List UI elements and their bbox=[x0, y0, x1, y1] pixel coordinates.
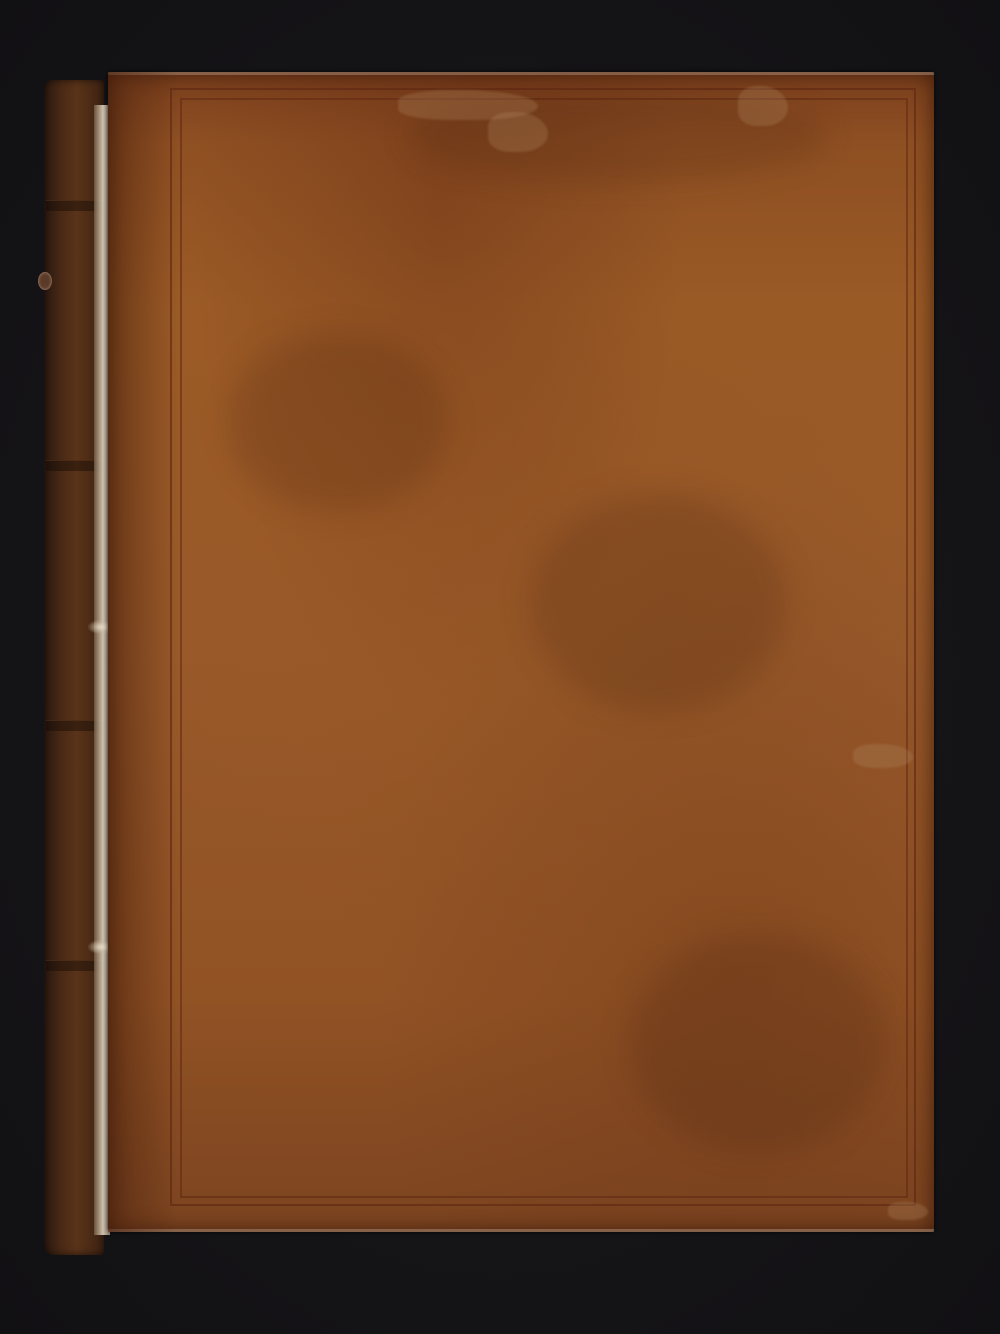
leather-wear-patch bbox=[738, 86, 788, 126]
leather-wear-patch bbox=[853, 744, 913, 768]
hinge-shadow bbox=[108, 72, 178, 1232]
corner-wear bbox=[888, 1202, 928, 1220]
stain bbox=[628, 932, 888, 1152]
stain bbox=[228, 332, 448, 512]
front-cover-board bbox=[108, 72, 934, 1232]
spine-clasp-remnant bbox=[38, 272, 52, 290]
stain bbox=[528, 492, 788, 712]
cover-bottom-edge bbox=[108, 1229, 934, 1232]
leather-wear-patch bbox=[488, 112, 548, 152]
cover-top-edge bbox=[108, 72, 934, 75]
